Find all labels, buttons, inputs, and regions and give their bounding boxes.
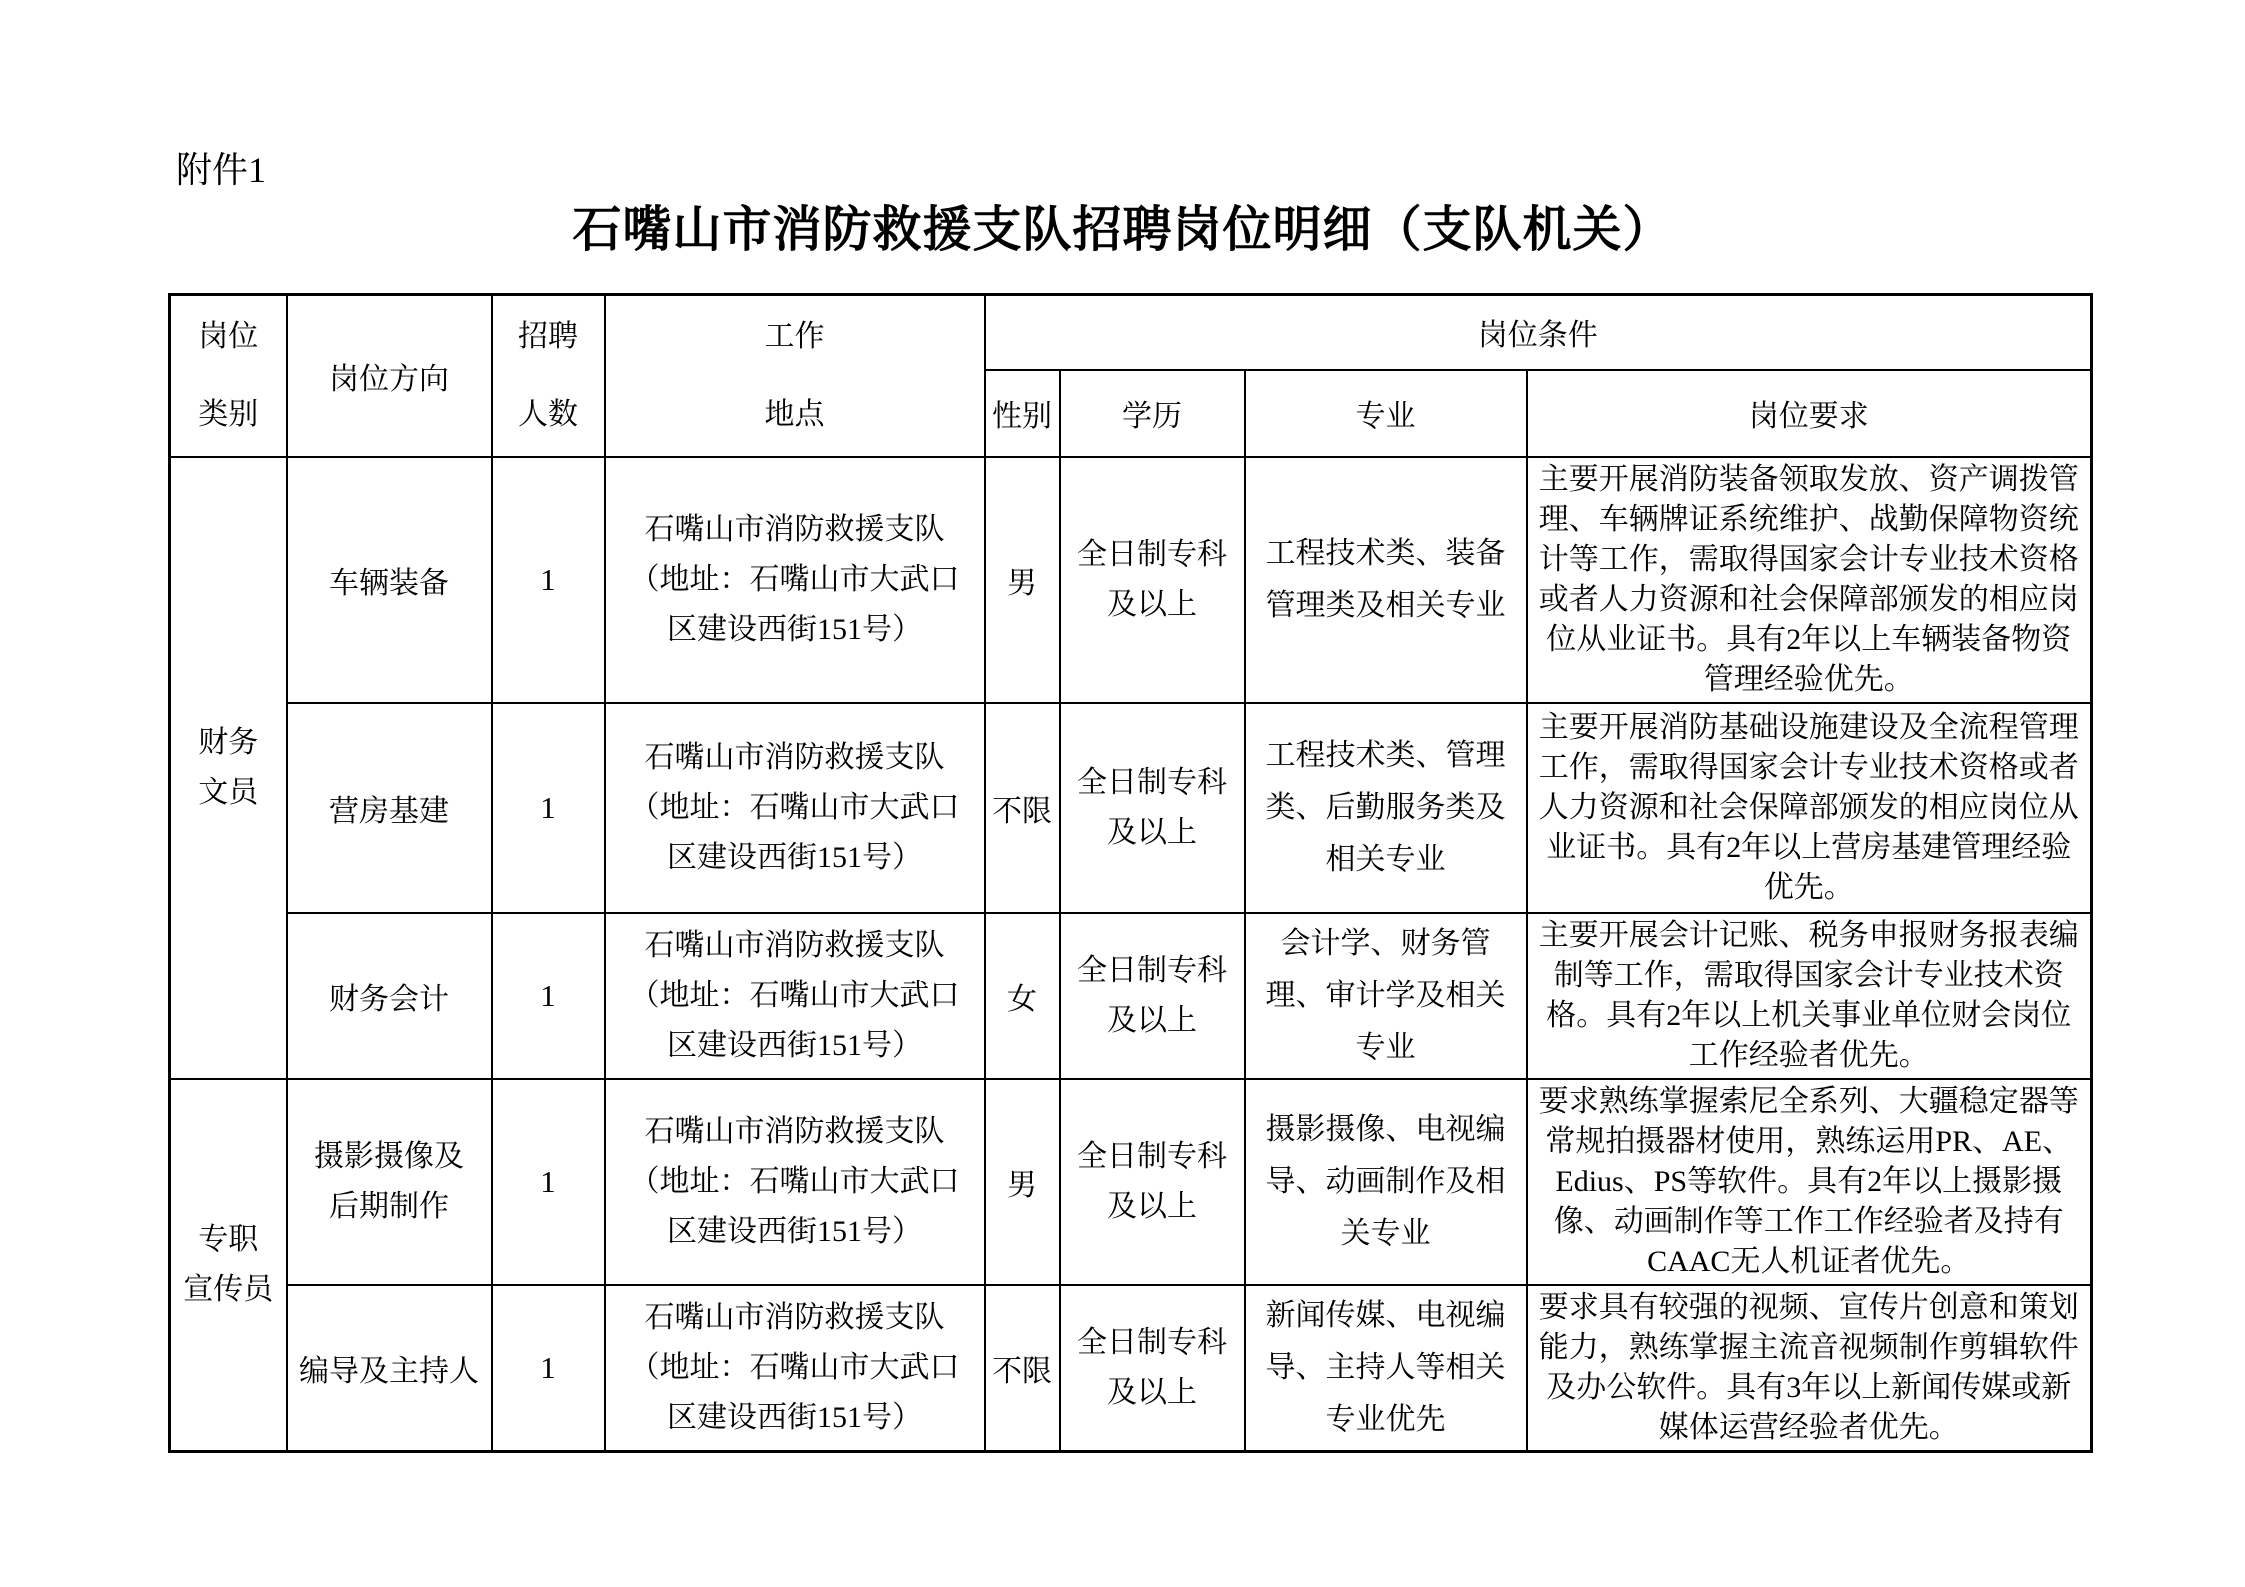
header-gender: 性别	[985, 370, 1060, 457]
cell-category: 专职 宣传员	[170, 1079, 287, 1452]
cell-direction: 车辆装备	[287, 457, 492, 703]
cell-major: 会计学、财务管理、审计学及相关专业	[1245, 913, 1527, 1079]
cell-education: 全日制专科 及以上	[1060, 913, 1245, 1079]
cell-major: 摄影摄像、电视编导、动画制作及相关专业	[1245, 1079, 1527, 1285]
cell-headcount: 1	[492, 913, 605, 1079]
cell-direction: 财务会计	[287, 913, 492, 1079]
cell-education: 全日制专科 及以上	[1060, 457, 1245, 703]
header-direction: 岗位方向	[287, 295, 492, 458]
table-row: 财务 文员 车辆装备 1 石嘴山市消防救援支队 （地址：石嘴山市大武口 区建设西…	[170, 457, 2092, 703]
cell-headcount: 1	[492, 703, 605, 913]
header-conditions: 岗位条件	[985, 295, 2092, 370]
header-major: 专业	[1245, 370, 1527, 457]
header-category: 岗位 类别	[170, 295, 287, 458]
cell-location: 石嘴山市消防救援支队 （地址：石嘴山市大武口 区建设西街151号）	[605, 913, 985, 1079]
cell-location: 石嘴山市消防救援支队 （地址：石嘴山市大武口 区建设西街151号）	[605, 1285, 985, 1452]
table-row: 编导及主持人 1 石嘴山市消防救援支队 （地址：石嘴山市大武口 区建设西街151…	[170, 1285, 2092, 1452]
cell-location: 石嘴山市消防救援支队 （地址：石嘴山市大武口 区建设西街151号）	[605, 457, 985, 703]
header-location: 工作 地点	[605, 295, 985, 458]
cell-headcount: 1	[492, 1285, 605, 1452]
table-row: 专职 宣传员 摄影摄像及 后期制作 1 石嘴山市消防救援支队 （地址：石嘴山市大…	[170, 1079, 2092, 1285]
header-row-top: 岗位 类别 岗位方向 招聘 人数 工作 地点 岗位条件	[170, 295, 2092, 370]
header-education: 学历	[1060, 370, 1245, 457]
cell-major: 工程技术类、装备管理类及相关专业	[1245, 457, 1527, 703]
cell-headcount: 1	[492, 1079, 605, 1285]
cell-gender: 不限	[985, 703, 1060, 913]
cell-requirements: 要求具有较强的视频、宣传片创意和策划能力，熟练掌握主流音视频制作剪辑软件及办公软…	[1527, 1285, 2092, 1452]
cell-location: 石嘴山市消防救援支队 （地址：石嘴山市大武口 区建设西街151号）	[605, 1079, 985, 1285]
cell-requirements: 要求熟练掌握索尼全系列、大疆稳定器等常规拍摄器材使用，熟练运用PR、AE、Edi…	[1527, 1079, 2092, 1285]
cell-gender: 男	[985, 1079, 1060, 1285]
cell-headcount: 1	[492, 457, 605, 703]
document-page: 附件1 石嘴山市消防救援支队招聘岗位明细（支队机关） 岗位 类别 岗位方向 招聘…	[0, 0, 2245, 1587]
cell-major: 新闻传媒、电视编导、主持人等相关专业优先	[1245, 1285, 1527, 1452]
cell-location: 石嘴山市消防救援支队 （地址：石嘴山市大武口 区建设西街151号）	[605, 703, 985, 913]
cell-requirements: 主要开展消防装备领取发放、资产调拨管理、车辆牌证系统维护、战勤保障物资统计等工作…	[1527, 457, 2092, 703]
header-requirements: 岗位要求	[1527, 370, 2092, 457]
cell-direction: 摄影摄像及 后期制作	[287, 1079, 492, 1285]
cell-gender: 不限	[985, 1285, 1060, 1452]
cell-category: 财务 文员	[170, 457, 287, 1079]
cell-major: 工程技术类、管理类、后勤服务类及相关专业	[1245, 703, 1527, 913]
cell-gender: 女	[985, 913, 1060, 1079]
cell-education: 全日制专科 及以上	[1060, 1285, 1245, 1452]
cell-education: 全日制专科 及以上	[1060, 703, 1245, 913]
job-table: 岗位 类别 岗位方向 招聘 人数 工作 地点 岗位条件 性别 学历 专业 岗位要…	[168, 293, 2093, 1453]
cell-requirements: 主要开展消防基础设施建设及全流程管理工作，需取得国家会计专业技术资格或者人力资源…	[1527, 703, 2092, 913]
cell-requirements: 主要开展会计记账、税务申报财务报表编制等工作，需取得国家会计专业技术资格。具有2…	[1527, 913, 2092, 1079]
table-row: 财务会计 1 石嘴山市消防救援支队 （地址：石嘴山市大武口 区建设西街151号）…	[170, 913, 2092, 1079]
cell-direction: 编导及主持人	[287, 1285, 492, 1452]
cell-education: 全日制专科 及以上	[1060, 1079, 1245, 1285]
page-title: 石嘴山市消防救援支队招聘岗位明细（支队机关）	[0, 200, 2245, 260]
header-headcount: 招聘 人数	[492, 295, 605, 458]
cell-gender: 男	[985, 457, 1060, 703]
attachment-label: 附件1	[176, 148, 266, 192]
table-row: 营房基建 1 石嘴山市消防救援支队 （地址：石嘴山市大武口 区建设西街151号）…	[170, 703, 2092, 913]
cell-direction: 营房基建	[287, 703, 492, 913]
